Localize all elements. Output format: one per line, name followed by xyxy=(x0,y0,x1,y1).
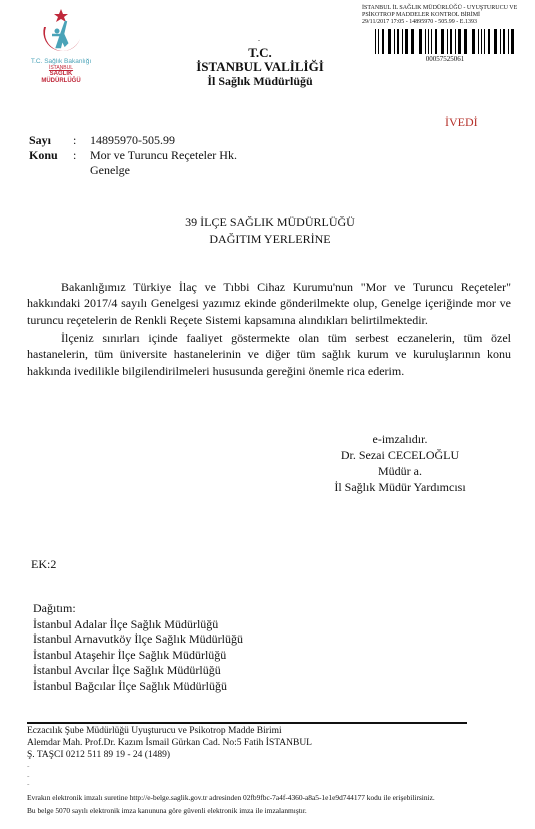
body-paragraph-1: Bakanlığımız Türkiye İlaç ve Tıbbi Cihaz… xyxy=(27,279,511,328)
konu-value: Mor ve Turuncu Reçeteler Hk. xyxy=(90,148,237,163)
sayi-value: 14895970-505.99 xyxy=(90,133,175,148)
list-item: İstanbul Avcılar İlçe Sağlık Müdürlüğü xyxy=(33,663,243,679)
footer-address: Alemdar Mah. Prof.Dr. Kazım İsmail Gürka… xyxy=(27,737,312,749)
header-governorship: İSTANBUL VALİLİĞİ xyxy=(150,59,370,75)
header-dot: . xyxy=(258,34,260,43)
footer-phone: Ş. TAŞCI 0212 511 89 19 - 24 (1489) xyxy=(27,749,312,761)
distribution-list: Dağıtım: İstanbul Adalar İlçe Sağlık Müd… xyxy=(33,601,243,694)
addressee-line1: 39 İLÇE SAĞLIK MÜDÜRLÜĞÜ xyxy=(120,215,420,230)
list-item: İstanbul Adalar İlçe Sağlık Müdürlüğü xyxy=(33,617,243,633)
sayi-label: Sayı xyxy=(29,133,51,148)
signatory-name: Dr. Sezai CECELOĞLU xyxy=(325,447,475,463)
list-item: İstanbul Bağcılar İlçe Sağlık Müdürlüğü xyxy=(33,679,243,695)
footer-divider xyxy=(27,722,467,724)
distribution-title: Dağıtım: xyxy=(33,601,243,617)
barcode-number: 00057525061 xyxy=(375,55,515,63)
sayi-sep: : xyxy=(73,133,76,148)
footer-unit: Eczacılık Şube Müdürlüğü Uyuşturucu ve P… xyxy=(27,725,312,737)
header-directorate: İl Sağlık Müdürlüğü xyxy=(150,74,370,89)
body-paragraph-2: İlçeniz sınırları içinde faaliyet göster… xyxy=(27,330,511,379)
footer-contact: Eczacılık Şube Müdürlüğü Uyuşturucu ve P… xyxy=(27,725,312,761)
konu-value-2: Genelge xyxy=(90,163,130,178)
verification-text: Evrakın elektronik imzalı suretine http:… xyxy=(27,792,435,803)
priority-label: İVEDİ xyxy=(445,115,478,130)
konu-label: Konu xyxy=(29,148,58,163)
list-item: İstanbul Arnavutköy İlçe Sağlık Müdürlüğ… xyxy=(33,632,243,648)
signature-status: e-imzalıdır. xyxy=(325,431,475,447)
signatory-title: İl Sağlık Müdür Yardımcısı xyxy=(325,479,475,495)
logo-ministry-text: T.C. Sağlık Bakanlığı xyxy=(28,58,94,65)
konu-sep: : xyxy=(73,148,76,163)
barcode-header: İSTANBUL İL SAĞLIK MÜDÜRLÜĞÜ - UYUŞTURUC… xyxy=(362,5,535,26)
signatory-role: Müdür a. xyxy=(325,463,475,479)
addressee-line2: DAĞITIM YERLERİNE xyxy=(120,232,420,247)
e-signature-law-text: Bu belge 5070 sayılı elektronik imza kan… xyxy=(27,805,307,816)
list-item: İstanbul Ataşehir İlçe Sağlık Müdürlüğü xyxy=(33,648,243,664)
barcode-icon xyxy=(375,29,515,54)
footer-dash: - xyxy=(27,778,29,789)
signature-block: e-imzalıdır. Dr. Sezai CECELOĞLU Müdür a… xyxy=(325,431,475,495)
logo-directorate-text: SAĞLIK MÜDÜRLÜĞÜ xyxy=(28,71,94,85)
attachment-count: EK:2 xyxy=(31,557,56,572)
